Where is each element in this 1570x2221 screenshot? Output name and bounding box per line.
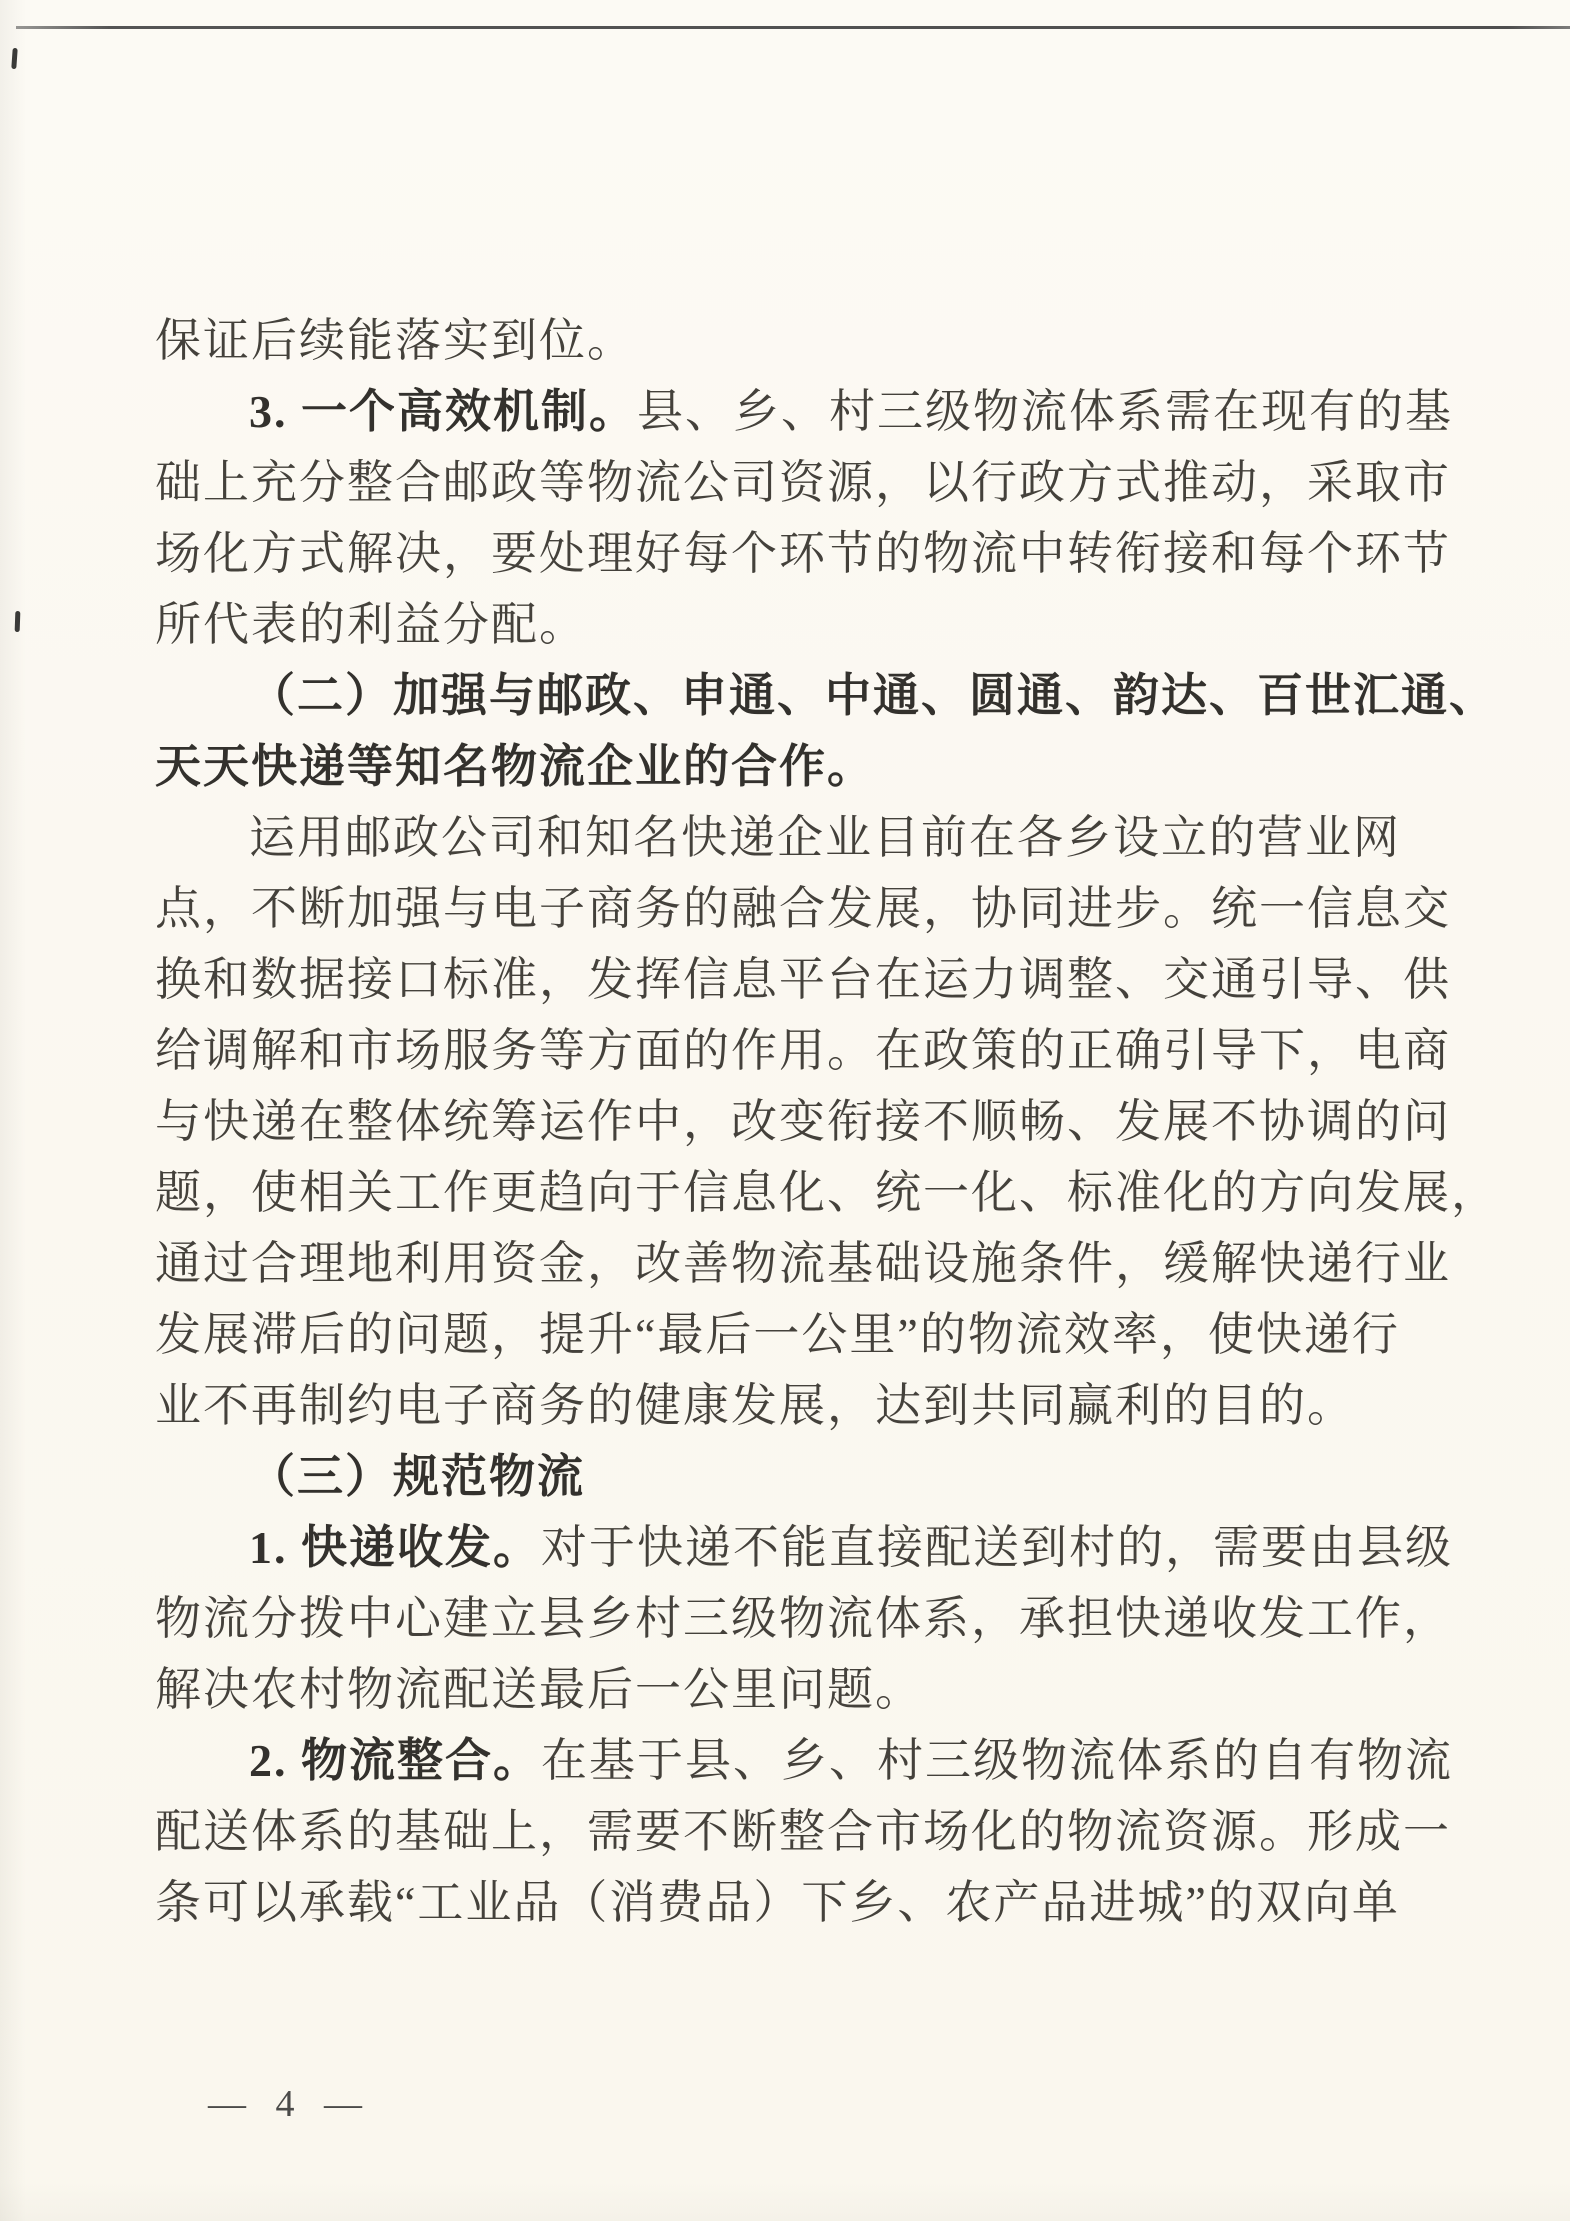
text-line: 业不再制约电子商务的健康发展，达到共同赢利的目的。 bbox=[155, 1370, 1439, 1441]
text-line: 发展滞后的问题，提升“最后一公里”的物流效率，使快递行 bbox=[155, 1299, 1439, 1370]
section-heading-line: （三）规范物流 bbox=[155, 1441, 1439, 1512]
text-line: 题，使相关工作更趋向于信息化、统一化、标准化的方向发展， bbox=[155, 1157, 1439, 1228]
section-heading-line: （二）加强与邮政、申通、中通、圆通、韵达、百世汇通、 bbox=[155, 660, 1439, 731]
text-line: 换和数据接口标准，发挥信息平台在运力调整、交通引导、供 bbox=[155, 944, 1439, 1015]
line-text-segment: 业不再制约电子商务的健康发展，达到共同赢利的目的。 bbox=[155, 1380, 1355, 1431]
text-line: 所代表的利益分配。 bbox=[155, 589, 1439, 660]
scan-edge-line bbox=[16, 26, 1570, 29]
line-text-segment: 点，不断加强与电子商务的融合发展，协同进步。统一信息交 bbox=[155, 883, 1451, 934]
text-line: 2. 物流整合。在基于县、乡、村三级物流体系的自有物流 bbox=[155, 1725, 1439, 1796]
line-text-segment: 所代表的利益分配。 bbox=[155, 599, 587, 650]
text-line: 解决农村物流配送最后一公里问题。 bbox=[155, 1654, 1439, 1725]
line-bold-segment: （二）加强与邮政、申通、中通、圆通、韵达、百世汇通、 bbox=[249, 670, 1497, 721]
line-text-segment: 与快递在整体统筹运作中，改变衔接不顺畅、发展不协调的问 bbox=[155, 1096, 1451, 1147]
line-bold-segment: 天天快递等知名物流企业的合作。 bbox=[155, 741, 875, 792]
line-text-segment: 发展滞后的问题，提升“最后一公里”的物流效率，使快递行 bbox=[155, 1309, 1400, 1360]
text-line: 保证后续能落实到位。 bbox=[155, 305, 1439, 376]
line-text-segment: 解决农村物流配送最后一公里问题。 bbox=[155, 1664, 923, 1715]
line-text-segment: 条可以承载“工业品（消费品）下乡、农产品进城”的双向单 bbox=[155, 1877, 1400, 1928]
line-text-segment: 通过合理地利用资金，改善物流基础设施条件，缓解快递行业 bbox=[155, 1238, 1451, 1289]
text-line: 场化方式解决，要处理好每个环节的物流中转衔接和每个环节 bbox=[155, 518, 1439, 589]
text-line: 通过合理地利用资金，改善物流基础设施条件，缓解快递行业 bbox=[155, 1228, 1439, 1299]
text-line: 条可以承载“工业品（消费品）下乡、农产品进城”的双向单 bbox=[155, 1867, 1439, 1938]
scanned-document-page: 保证后续能落实到位。 3. 一个高效机制。县、乡、村三级物流体系需在现有的基 础… bbox=[0, 0, 1570, 2221]
page-number: — 4 — bbox=[208, 2082, 372, 2126]
line-text-segment: 配送体系的基础上，需要不断整合市场化的物流资源。形成一 bbox=[155, 1806, 1451, 1857]
text-line: 配送体系的基础上，需要不断整合市场化的物流资源。形成一 bbox=[155, 1796, 1439, 1867]
line-bold-segment: 1. 快递收发。 bbox=[249, 1522, 541, 1573]
section-heading-line: 天天快递等知名物流企业的合作。 bbox=[155, 731, 1439, 802]
line-text-segment: 县、乡、村三级物流体系需在现有的基 bbox=[637, 386, 1453, 437]
line-text-segment: 物流分拨中心建立县乡村三级物流体系，承担快递收发工作， bbox=[155, 1593, 1451, 1644]
text-line: 1. 快递收发。对于快递不能直接配送到村的，需要由县级 bbox=[155, 1512, 1439, 1583]
line-text-segment: 场化方式解决，要处理好每个环节的物流中转衔接和每个环节 bbox=[155, 528, 1451, 579]
line-text-segment: 对于快递不能直接配送到村的，需要由县级 bbox=[541, 1522, 1453, 1573]
text-line: 础上充分整合邮政等物流公司资源，以行政方式推动，采取市 bbox=[155, 447, 1439, 518]
line-bold-segment: （三）规范物流 bbox=[249, 1451, 585, 1502]
text-line: 与快递在整体统筹运作中，改变衔接不顺畅、发展不协调的问 bbox=[155, 1086, 1439, 1157]
line-bold-segment: 2. 物流整合。 bbox=[249, 1735, 541, 1786]
line-text-segment: 换和数据接口标准，发挥信息平台在运力调整、交通引导、供 bbox=[155, 954, 1451, 1005]
line-text-segment: 在基于县、乡、村三级物流体系的自有物流 bbox=[541, 1735, 1453, 1786]
text-line: 物流分拨中心建立县乡村三级物流体系，承担快递收发工作， bbox=[155, 1583, 1439, 1654]
text-line: 运用邮政公司和知名快递企业目前在各乡设立的营业网 bbox=[155, 802, 1439, 873]
line-bold-segment: 3. 一个高效机制。 bbox=[249, 386, 637, 437]
text-line: 点，不断加强与电子商务的融合发展，协同进步。统一信息交 bbox=[155, 873, 1439, 944]
document-body: 保证后续能落实到位。 3. 一个高效机制。县、乡、村三级物流体系需在现有的基 础… bbox=[155, 305, 1439, 1938]
text-line: 3. 一个高效机制。县、乡、村三级物流体系需在现有的基 bbox=[155, 376, 1439, 447]
scan-artifact-mark bbox=[15, 611, 21, 632]
line-text-segment: 保证后续能落实到位。 bbox=[155, 315, 635, 366]
text-line: 给调解和市场服务等方面的作用。在政策的正确引导下，电商 bbox=[155, 1015, 1439, 1086]
line-text-segment: 础上充分整合邮政等物流公司资源，以行政方式推动，采取市 bbox=[155, 457, 1451, 508]
line-text-segment: 给调解和市场服务等方面的作用。在政策的正确引导下，电商 bbox=[155, 1025, 1451, 1076]
scan-artifact-mark bbox=[11, 48, 17, 69]
line-text-segment: 运用邮政公司和知名快递企业目前在各乡设立的营业网 bbox=[249, 812, 1401, 863]
line-text-segment: 题，使相关工作更趋向于信息化、统一化、标准化的方向发展， bbox=[155, 1167, 1499, 1218]
